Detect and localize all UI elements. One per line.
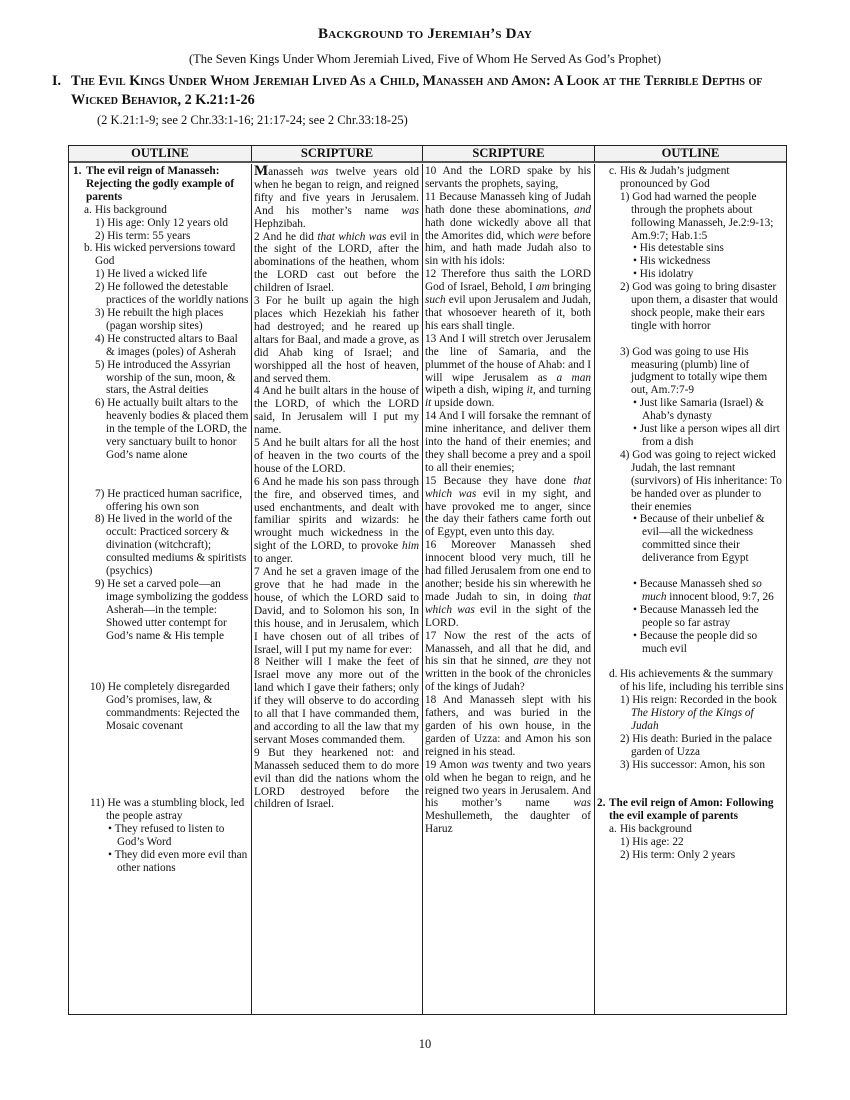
section-number: I. — [52, 72, 61, 91]
bullet-item: • Because of their unbelief & evil—all t… — [609, 513, 784, 565]
verse-11: 11 Because Manasseh king of Judah hath d… — [425, 191, 591, 268]
verse-18: 18 And Manasseh slept with his fathers, … — [425, 694, 591, 759]
outline-item-d2: 2) His death: Buried in the palace garde… — [609, 733, 784, 759]
outline-item-a2: 2) His term: 55 years — [73, 230, 249, 243]
verse-7: 7 And he set a graven image of the grove… — [254, 566, 419, 656]
outline-item-c: c. His & Judah’s judgment pronounced by … — [609, 165, 784, 191]
outline-item-b10: 10) He completely disregarded God’s prom… — [73, 681, 249, 733]
page-number: 10 — [0, 1037, 850, 1052]
outline-item-a: a. His background — [73, 204, 249, 217]
verse-2: 2 And he did that which was evil in the … — [254, 231, 419, 296]
table-header-row: OUTLINE SCRIPTURE SCRIPTURE OUTLINE — [69, 146, 786, 163]
bullet-item: • His idolatry — [609, 268, 784, 281]
outline-item-b7: 7) He practiced human sacrifice, offerin… — [73, 488, 249, 514]
outline-point-2: 2. The evil reign of Amon: Following the… — [597, 797, 784, 823]
scripture-column-left: Manasseh was twelve years old when he be… — [252, 164, 423, 1014]
bullet-item: • His wickedness — [609, 255, 784, 268]
bullet-item: • Because Manasseh led the people so far… — [609, 604, 784, 630]
verse-6: 6 And he made his son pass through the f… — [254, 476, 419, 566]
outline-item-2a: a. His background — [609, 823, 784, 836]
outline-item-d1: 1) His reign: Recorded in the book The H… — [609, 694, 784, 733]
verse-10: 10 And the LORD spake by his servants th… — [425, 165, 591, 191]
verse-5: 5 And he built altars for all the host o… — [254, 437, 419, 476]
verse-13: 13 And I will stretch over Jerusalem the… — [425, 333, 591, 410]
bullet-item: • His detestable sins — [609, 242, 784, 255]
outline-item-2a1: 1) His age: 22 — [609, 836, 784, 849]
outline-point-1: 1. The evil reign of Manasseh: Rejecting… — [73, 165, 249, 204]
outline-item-b5: 5) He introduced the Assyrian worship of… — [73, 359, 249, 398]
verse-12: 12 Therefore thus saith the LORD God of … — [425, 268, 591, 333]
verse-4: 4 And he built altars in the house of th… — [254, 385, 419, 437]
outline-column-right: c. His & Judah’s judgment pronounced by … — [595, 164, 786, 1014]
verse-17: 17 Now the rest of the acts of Manasseh,… — [425, 630, 591, 695]
page-title: Background to Jeremiah’s Day — [0, 26, 850, 43]
outline-item-c2: 2) God was going to bring disaster upon … — [609, 281, 784, 333]
verse-1: Manasseh was twelve years old when he be… — [254, 165, 419, 231]
outline-item-b6: 6) He actually built altars to the heave… — [73, 397, 249, 462]
outline-item-b4: 4) He constructed altars to Baal & image… — [73, 333, 249, 359]
bullet-item: • Just like Samaria (Israel) & Ahab’s dy… — [609, 397, 784, 423]
outline-item-b9: 9) He set a carved pole—an image symboli… — [73, 578, 249, 643]
bullet-item: • Just like a person wipes all dirt from… — [609, 423, 784, 449]
verse-9: 9 But they hearkened not: and Manasseh s… — [254, 747, 419, 812]
verse-14: 14 And I will forsake the remnant of min… — [425, 410, 591, 475]
outline-item-b8: 8) He lived in the world of the occult: … — [73, 513, 249, 578]
verse-19: 19 Amon was twenty and two years old whe… — [425, 759, 591, 836]
bullet-item: • Because Manasseh shed so much innocent… — [609, 578, 784, 604]
bullet-item: • They did even more evil than other nat… — [73, 849, 249, 875]
outline-item-b11: 11) He was a stumbling block, led the pe… — [73, 797, 249, 823]
section-references: (2 K.21:1-9; see 2 Chr.33:1-16; 21:17-24… — [97, 113, 408, 128]
header-scripture-left: SCRIPTURE — [252, 146, 423, 161]
verse-15: 15 Because they have done that which was… — [425, 475, 591, 540]
verse-16: 16 Moreover Manasseh shed innocent blood… — [425, 539, 591, 629]
outline-item-b1: 1) He lived a wicked life — [73, 268, 249, 281]
outline-item-b: b. His wicked perversions toward God — [73, 242, 249, 268]
outline-item-b3: 3) He rebuilt the high places (pagan wor… — [73, 307, 249, 333]
bullet-item: • Because the people did so much evil — [609, 630, 784, 656]
outline-item-a1: 1) His age: Only 12 years old — [73, 217, 249, 230]
section-title: The Evil Kings Under Whom Jeremiah Lived… — [71, 73, 762, 108]
verse-8: 8 Neither will I make the feet of Israel… — [254, 656, 419, 746]
outline-item-b2: 2) He followed the detestable practices … — [73, 281, 249, 307]
header-scripture-right: SCRIPTURE — [423, 146, 595, 161]
section-heading: I. The Evil Kings Under Whom Jeremiah Li… — [71, 72, 781, 110]
outline-item-d: d. His achievements & the summary of his… — [609, 668, 784, 694]
outline-column-left: 1. The evil reign of Manasseh: Rejecting… — [69, 164, 252, 1014]
page-subtitle: (The Seven Kings Under Whom Jeremiah Liv… — [0, 52, 850, 67]
outline-item-2a2: 2) His term: Only 2 years — [609, 849, 784, 862]
header-outline-right: OUTLINE — [595, 146, 786, 161]
header-outline-left: OUTLINE — [69, 146, 252, 161]
outline-item-c4: 4) God was going to reject wicked Judah,… — [609, 449, 784, 514]
outline-item-c3: 3) God was going to use His measuring (p… — [609, 346, 784, 398]
verse-3: 3 For he built up again the high places … — [254, 295, 419, 385]
outline-item-d3: 3) His successor: Amon, his son — [609, 759, 784, 772]
scripture-column-right: 10 And the LORD spake by his servants th… — [423, 164, 595, 1014]
outline-scripture-table: OUTLINE SCRIPTURE SCRIPTURE OUTLINE 1. T… — [68, 145, 787, 1015]
outline-item-c1: 1) God had warned the people through the… — [609, 191, 784, 243]
bullet-item: • They refused to listen to God’s Word — [73, 823, 249, 849]
